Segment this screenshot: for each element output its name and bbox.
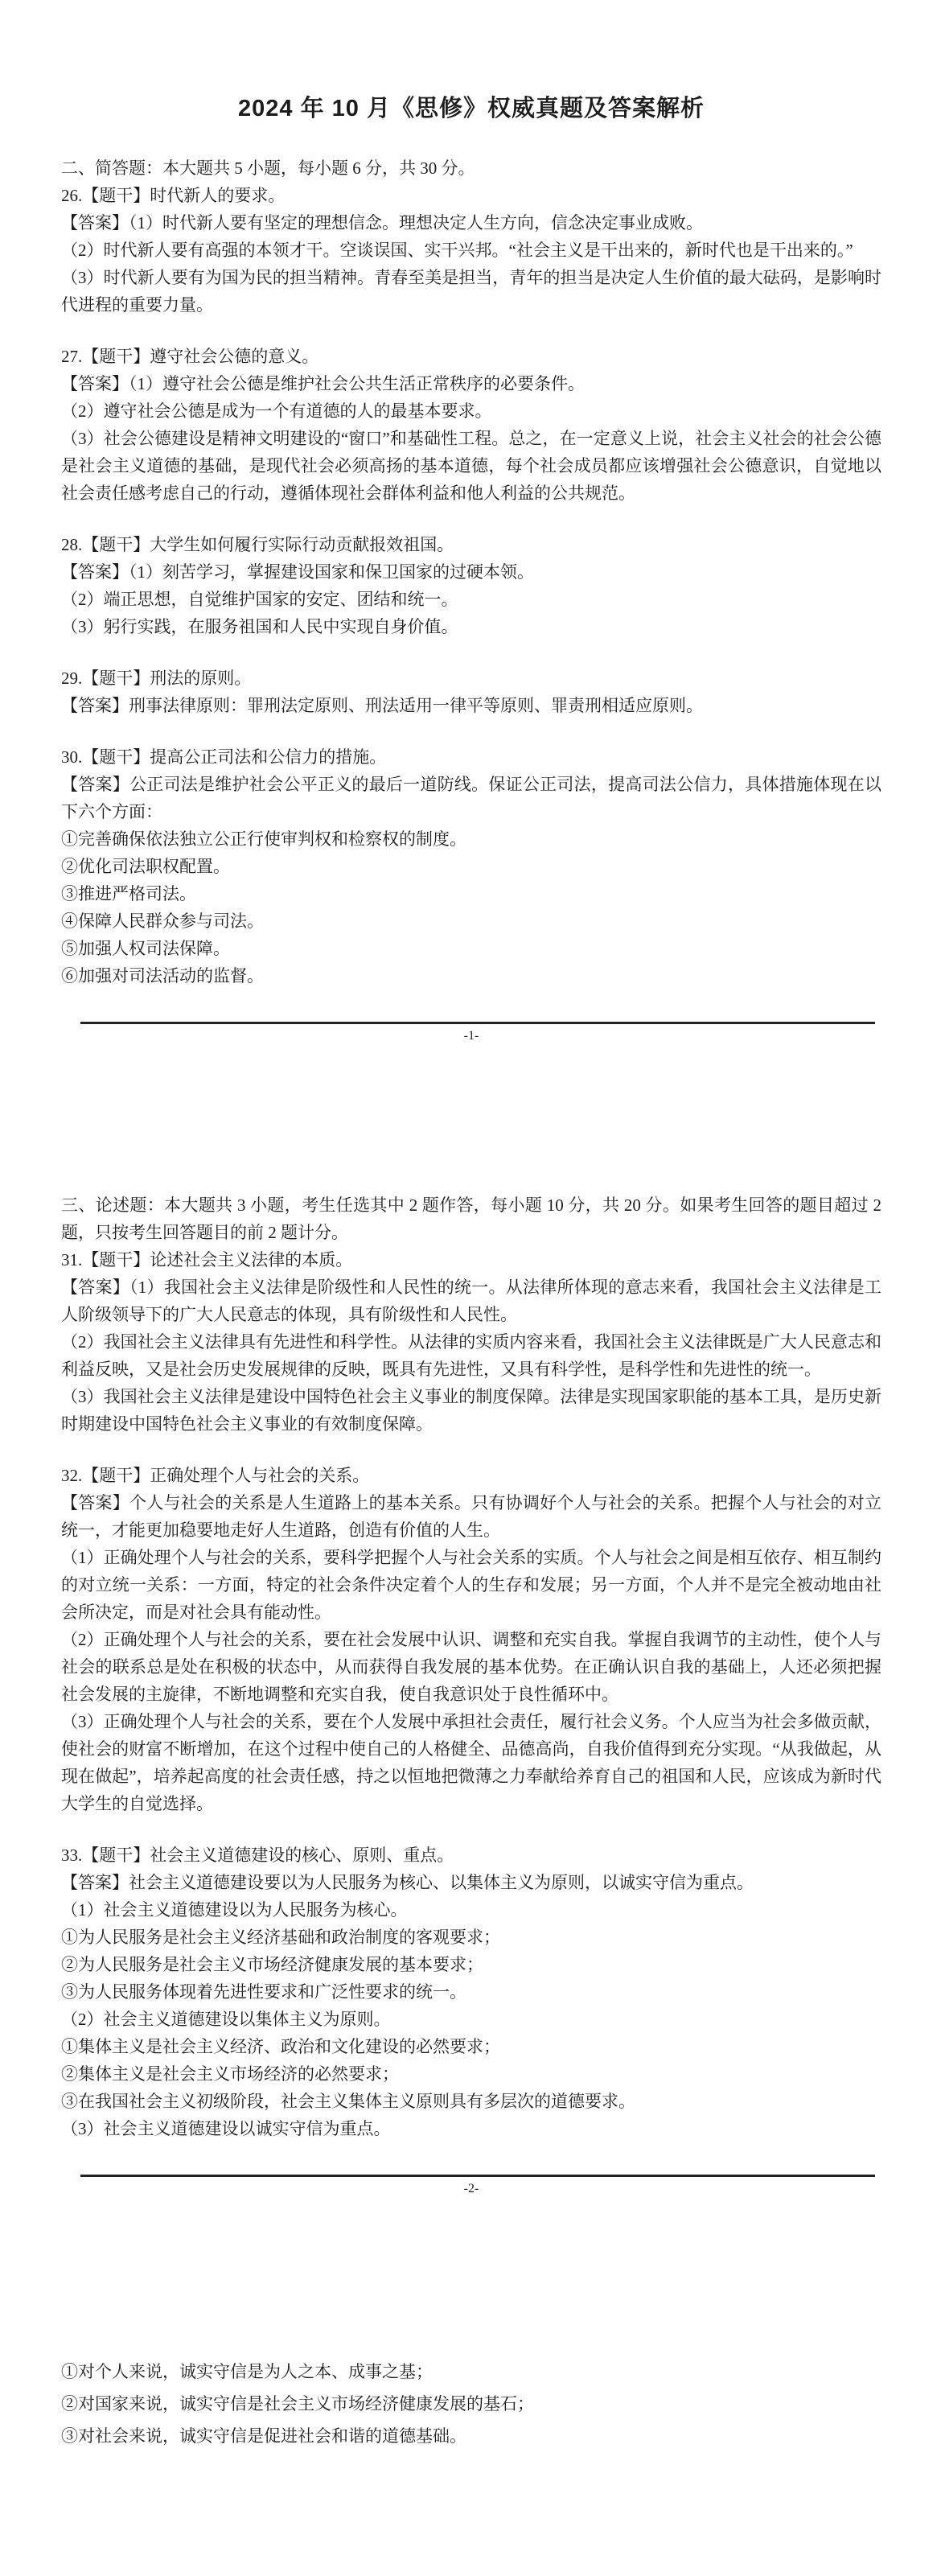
question-27: 27.【题干】遵守社会公德的意义。 【答案】（1）遵守社会公德是维护社会公共生活… bbox=[61, 343, 881, 507]
question-28: 28.【题干】大学生如何履行实际行动贡献报效祖国。 【答案】（1）刻苦学习，掌握… bbox=[61, 531, 881, 640]
list-item: ①集体主义是社会主义经济、政治和文化建设的必然要求； bbox=[61, 2033, 881, 2060]
question-33: 33.【题干】社会主义道德建设的核心、原则、重点。 【答案】社会主义道德建设要以… bbox=[61, 1841, 881, 2142]
question-stem: 26.【题干】时代新人的要求。 bbox=[61, 182, 881, 209]
list-item: ②对国家来说，诚实守信是社会主义市场经济健康发展的基石； bbox=[61, 2388, 881, 2420]
answer-paragraph: 【答案】（1）遵守社会公德是维护社会公共生活正常秩序的必要条件。 bbox=[61, 370, 881, 397]
question-stem: 30.【题干】提高公正司法和公信力的措施。 bbox=[61, 743, 881, 771]
list-item: ②优化司法职权配置。 bbox=[61, 853, 881, 880]
question-stem: 31.【题干】论述社会主义法律的本质。 bbox=[61, 1246, 881, 1274]
list-item: ②集体主义是社会主义市场经济的必然要求； bbox=[61, 2060, 881, 2088]
answer-paragraph: （1）正确处理个人与社会的关系，要科学把握个人与社会关系的实质。个人与社会之间是… bbox=[61, 1544, 881, 1626]
answer-paragraph: 【答案】（1）我国社会主义法律是阶级性和人民性的统一。从法律所体现的意志来看，我… bbox=[61, 1274, 881, 1328]
question-32: 32.【题干】正确处理个人与社会的关系。 【答案】个人与社会的关系是人生道路上的… bbox=[61, 1462, 881, 1817]
page-footer: -1- bbox=[61, 1022, 881, 1045]
question-stem: 32.【题干】正确处理个人与社会的关系。 bbox=[61, 1462, 881, 1489]
question-26: 26.【题干】时代新人的要求。 【答案】（1）时代新人要有坚定的理想信念。理想决… bbox=[61, 182, 881, 319]
page-1: 2024 年 10 月《思修》权威真题及答案解析 二、简答题：本大题共 5 小题… bbox=[0, 90, 941, 1045]
question-stem: 29.【题干】刑法的原则。 bbox=[61, 665, 881, 692]
answer-paragraph: 【答案】个人与社会的关系是人生道路上的基本关系。只有协调好个人与社会的关系。把握… bbox=[61, 1489, 881, 1544]
question-stem: 27.【题干】遵守社会公德的意义。 bbox=[61, 343, 881, 370]
answer-paragraph: 【答案】（1）时代新人要有坚定的理想信念。理想决定人生方向，信念决定事业成败。 bbox=[61, 209, 881, 237]
question-stem: 28.【题干】大学生如何履行实际行动贡献报效祖国。 bbox=[61, 531, 881, 558]
section-heading: 二、简答题：本大题共 5 小题，每小题 6 分，共 30 分。 bbox=[61, 154, 881, 182]
list-item: ①为人民服务是社会主义经济基础和政治制度的客观要求； bbox=[61, 1924, 881, 1951]
list-item: ①对个人来说，诚实守信是为人之本、成事之基； bbox=[61, 2356, 881, 2388]
answer-paragraph: （3）时代新人要有为国为民的担当精神。青春至美是担当，青年的担当是决定人生价值的… bbox=[61, 264, 881, 319]
answer-paragraph: 【答案】公正司法是维护社会公平正义的最后一道防线。保证公正司法，提高司法公信力，… bbox=[61, 771, 881, 825]
list-item: ③在我国社会主义初级阶段，社会主义集体主义原则具有多层次的道德要求。 bbox=[61, 2088, 881, 2115]
document: 2024 年 10 月《思修》权威真题及答案解析 二、简答题：本大题共 5 小题… bbox=[0, 0, 941, 2576]
answer-paragraph: （2）正确处理个人与社会的关系，要在社会发展中认识、调整和充实自我。掌握自我调节… bbox=[61, 1626, 881, 1708]
page-divider bbox=[80, 2175, 875, 2177]
list-item: ⑥加强对司法活动的监督。 bbox=[61, 962, 881, 990]
list-item: ③对社会来说，诚实守信是促进社会和谐的道德基础。 bbox=[61, 2420, 881, 2452]
question-31: 31.【题干】论述社会主义法律的本质。 【答案】（1）我国社会主义法律是阶级性和… bbox=[61, 1246, 881, 1438]
answer-paragraph: （2）我国社会主义法律具有先进性和科学性。从法律的实质内容来看，我国社会主义法律… bbox=[61, 1328, 881, 1383]
answer-paragraph: （2）遵守社会公德是成为一个有道德的人的最基本要求。 bbox=[61, 397, 881, 425]
list-item: ④保障人民群众参与司法。 bbox=[61, 907, 881, 935]
list-item: ①完善确保依法独立公正行使审判权和检察权的制度。 bbox=[61, 825, 881, 853]
answer-paragraph: 【答案】社会主义道德建设要以为人民服务为核心、以集体主义为原则，以诚实守信为重点… bbox=[61, 1869, 881, 1896]
page-number: -2- bbox=[61, 2180, 881, 2198]
list-item: ③推进严格司法。 bbox=[61, 880, 881, 907]
section-heading: 三、论述题：本大题共 3 小题，考生任选其中 2 题作答，每小题 10 分，共 … bbox=[61, 1191, 881, 1246]
answer-paragraph: （3）社会公德建设是精神文明建设的“窗口”和基础性工程。总之，在一定意义上说，社… bbox=[61, 425, 881, 507]
question-29: 29.【题干】刑法的原则。 【答案】刑事法律原则：罪刑法定原则、刑法适用一律平等… bbox=[61, 665, 881, 719]
answer-paragraph: （3）正确处理个人与社会的关系，要在个人发展中承担社会责任，履行社会义务。个人应… bbox=[61, 1708, 881, 1817]
answer-paragraph: （3）社会主义道德建设以诚实守信为重点。 bbox=[61, 2115, 881, 2142]
page-2: 三、论述题：本大题共 3 小题，考生任选其中 2 题作答，每小题 10 分，共 … bbox=[0, 1191, 941, 2198]
list-item: ③为人民服务体现着先进性要求和广泛性要求的统一。 bbox=[61, 1978, 881, 2006]
document-title: 2024 年 10 月《思修》权威真题及答案解析 bbox=[61, 90, 881, 127]
question-30: 30.【题干】提高公正司法和公信力的措施。 【答案】公正司法是维护社会公平正义的… bbox=[61, 743, 881, 990]
question-stem: 33.【题干】社会主义道德建设的核心、原则、重点。 bbox=[61, 1841, 881, 1869]
answer-paragraph: （2）端正思想，自觉维护国家的安定、团结和统一。 bbox=[61, 586, 881, 613]
page-divider bbox=[80, 1022, 875, 1024]
list-item: ⑤加强人权司法保障。 bbox=[61, 935, 881, 962]
answer-paragraph: （2）时代新人要有高强的本领才干。空谈误国、实干兴邦。“社会主义是干出来的，新时… bbox=[61, 237, 881, 264]
answer-paragraph: （3）我国社会主义法律是建设中国特色社会主义事业的制度保障。法律是实现国家职能的… bbox=[61, 1383, 881, 1438]
answer-paragraph: （2）社会主义道德建设以集体主义为原则。 bbox=[61, 2006, 881, 2033]
answer-paragraph: （1）社会主义道德建设以为人民服务为核心。 bbox=[61, 1896, 881, 1924]
answer-paragraph: 【答案】（1）刻苦学习，掌握建设国家和保卫国家的过硬本领。 bbox=[61, 558, 881, 586]
page-3: ①对个人来说，诚实守信是为人之本、成事之基； ②对国家来说，诚实守信是社会主义市… bbox=[0, 2356, 941, 2452]
page-footer: -2- bbox=[61, 2175, 881, 2198]
list-item: ②为人民服务是社会主义市场经济健康发展的基本要求； bbox=[61, 1951, 881, 1978]
page-number: -1- bbox=[61, 1027, 881, 1045]
answer-paragraph: 【答案】刑事法律原则：罪刑法定原则、刑法适用一律平等原则、罪责刑相适应原则。 bbox=[61, 692, 881, 719]
answer-paragraph: （3）躬行实践，在服务祖国和人民中实现自身价值。 bbox=[61, 613, 881, 640]
